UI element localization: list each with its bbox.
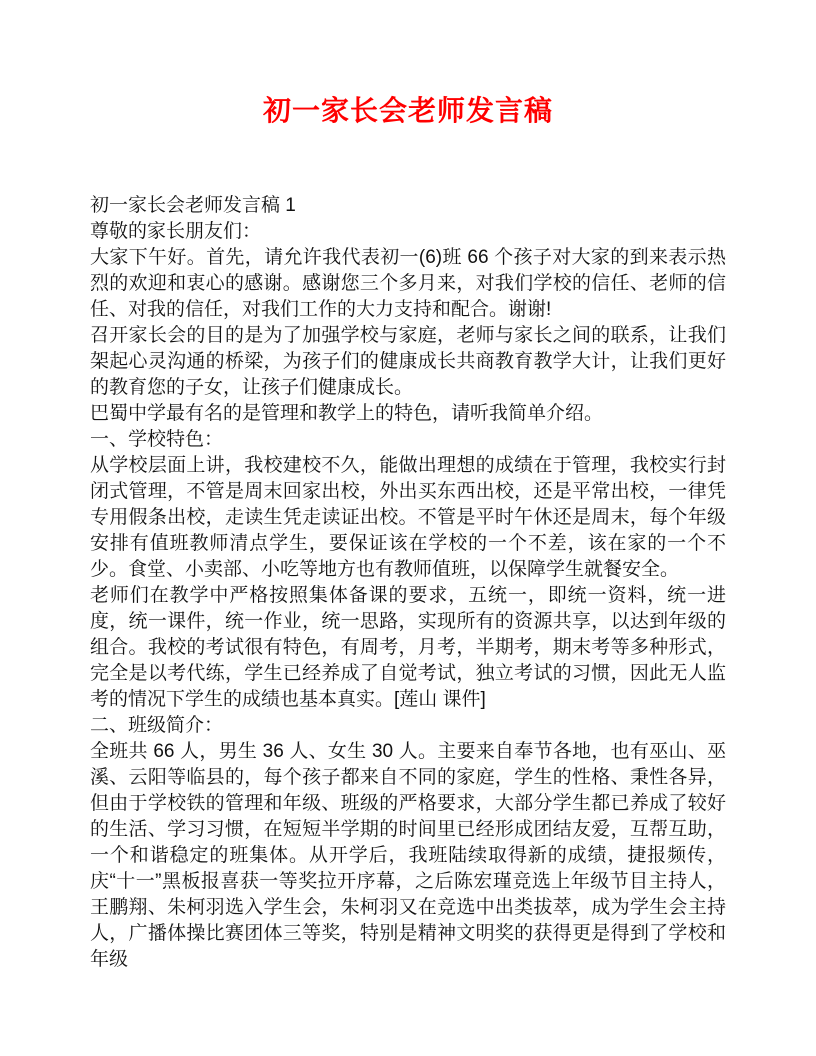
section-heading-class-intro: 二、班级简介：: [90, 713, 726, 739]
section-heading-school-features: 一、学校特色：: [90, 427, 726, 453]
document-title: 初一家长会老师发言稿: [90, 92, 726, 130]
paragraph: 大家下午好。首先，请允许我代表初一(6)班 66 个孩子对大家的到来表示热烈的欢…: [90, 245, 726, 323]
paragraph-subtitle: 初一家长会老师发言稿 1: [90, 193, 726, 219]
document-page: 初一家长会老师发言稿 初一家长会老师发言稿 1 尊敬的家长朋友们： 大家下午好。…: [0, 0, 816, 1056]
paragraph: 巴蜀中学最有名的是管理和教学上的特色，请听我简单介绍。: [90, 401, 726, 427]
paragraph-salutation: 尊敬的家长朋友们：: [90, 219, 726, 245]
document-body: 初一家长会老师发言稿 1 尊敬的家长朋友们： 大家下午好。首先，请允许我代表初一…: [90, 193, 726, 973]
paragraph: 全班共 66 人，男生 36 人、女生 30 人。主要来自奉节各地，也有巫山、巫…: [90, 739, 726, 973]
paragraph: 老师们在教学中严格按照集体备课的要求，五统一，即统一资料，统一进度，统一课件，统…: [90, 583, 726, 713]
paragraph: 从学校层面上讲，我校建校不久，能做出理想的成绩在于管理，我校实行封闭式管理，不管…: [90, 453, 726, 583]
paragraph: 召开家长会的目的是为了加强学校与家庭，老师与家长之间的联系，让我们架起心灵沟通的…: [90, 323, 726, 401]
